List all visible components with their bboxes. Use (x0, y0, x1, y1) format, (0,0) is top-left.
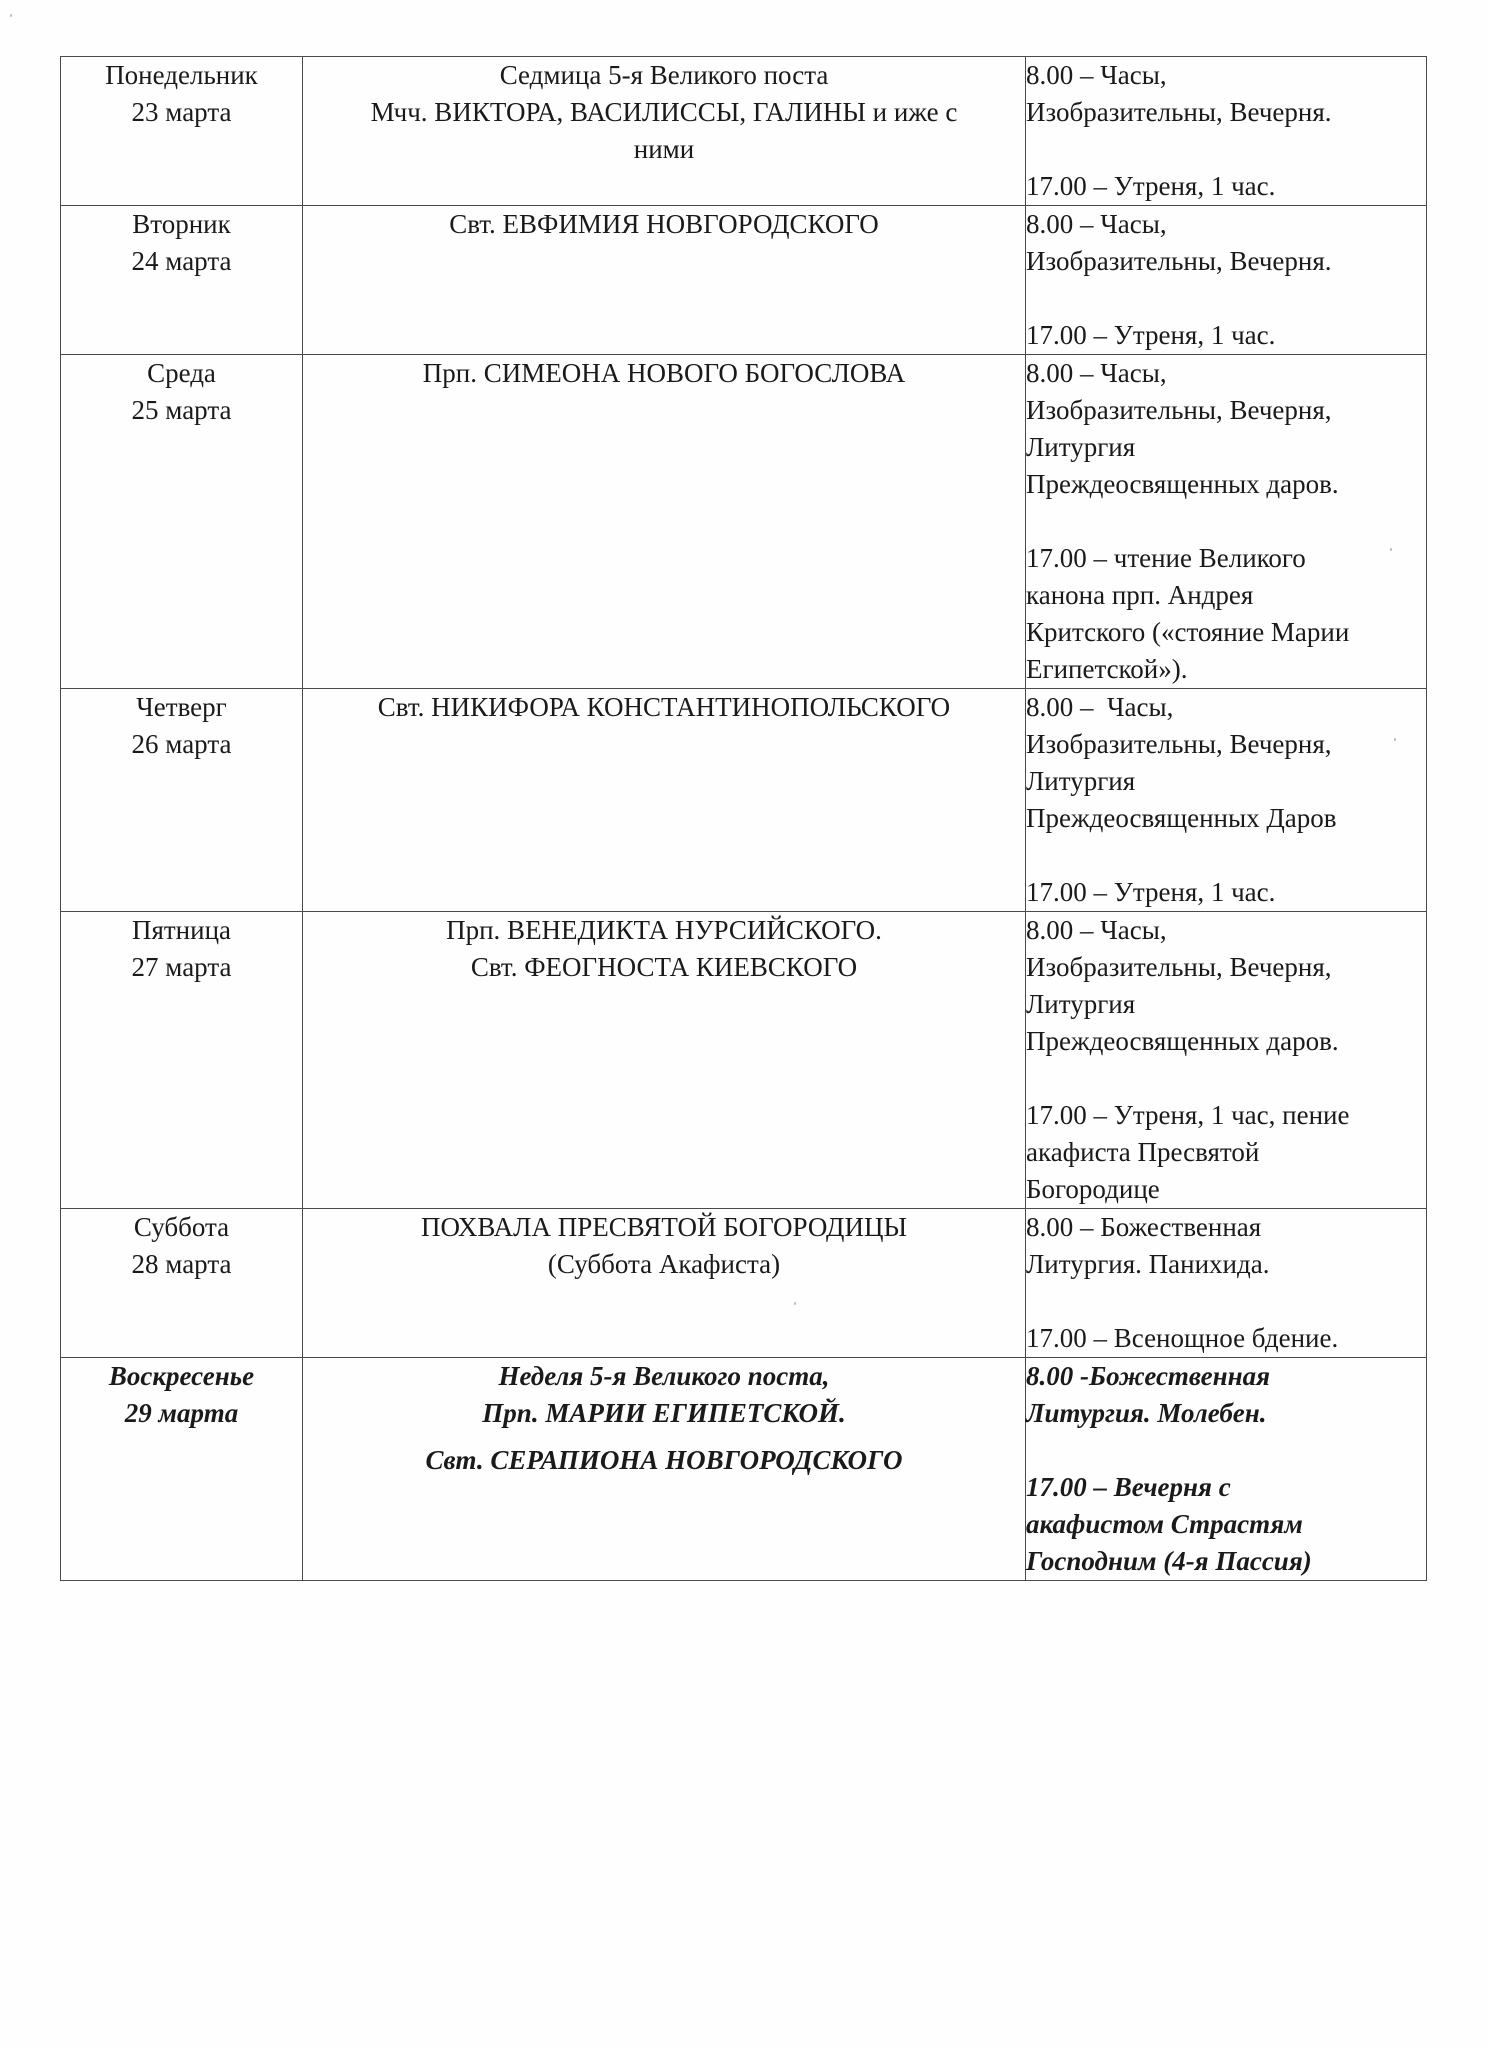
weekday: Понедельник (61, 57, 302, 94)
service-line: 17.00 – Утреня, 1 час. (1026, 317, 1426, 354)
services-cell: 8.00 – Божественная Литургия. Панихида. … (1026, 1209, 1427, 1358)
service-line: Изобразительны, Вечерня, (1026, 726, 1426, 763)
service-line: Изобразительны, Вечерня, (1026, 392, 1426, 429)
date: 28 марта (61, 1246, 302, 1283)
day-cell: Пятница 27 марта (61, 912, 303, 1209)
table-row: Пятница 27 марта Прп. ВЕНЕДИКТА НУРСИЙСК… (61, 912, 1427, 1209)
service-line: акафиста Пресвятой (1026, 1134, 1426, 1171)
table-row: Суббота 28 марта ПОХВАЛА ПРЕСВЯТОЙ БОГОР… (61, 1209, 1427, 1358)
table-row: Среда 25 марта Прп. СИМЕОНА НОВОГО БОГОС… (61, 355, 1427, 689)
date: 27 марта (61, 949, 302, 986)
feast-cell: Свт. НИКИФОРА КОНСТАНТИНОПОЛЬСКОГО (303, 689, 1026, 912)
feast-cell: Свт. ЕВФИМИЯ НОВГОРОДСКОГО (303, 206, 1026, 355)
service-line: Литургия (1026, 763, 1426, 800)
service-line: 17.00 – Утреня, 1 час. (1026, 874, 1426, 911)
service-line: Египетской»). (1026, 651, 1426, 688)
feast-line: Свт. ЕВФИМИЯ НОВГОРОДСКОГО (303, 206, 1025, 243)
weekday: Вторник (61, 206, 302, 243)
service-line: канона прп. Андрея (1026, 577, 1426, 614)
schedule-table: Понедельник 23 марта Седмица 5-я Великог… (60, 56, 1427, 1581)
service-line: 8.00 – Часы, (1026, 57, 1426, 94)
service-line: Изобразительны, Вечерня. (1026, 243, 1426, 280)
service-line: Преждеосвященных Даров (1026, 800, 1426, 837)
feast-line: Прп. МАРИИ ЕГИПЕТСКОЙ. (303, 1395, 1025, 1432)
feast-line: Мчч. ВИКТОРА, ВАСИЛИССЫ, ГАЛИНЫ и иже с (303, 94, 1025, 131)
service-line: 8.00 – Часы, (1026, 355, 1426, 392)
scan-speck (1394, 738, 1396, 741)
service-line: 17.00 – Утреня, 1 час, пение (1026, 1097, 1426, 1134)
feast-cell: Прп. СИМЕОНА НОВОГО БОГОСЛОВА (303, 355, 1026, 689)
service-line: Преждеосвященных даров. (1026, 1023, 1426, 1060)
scan-speck (10, 14, 12, 17)
service-line: 8.00 – Часы, (1026, 912, 1426, 949)
scanned-page: Понедельник 23 марта Седмица 5-я Великог… (0, 0, 1489, 2048)
spacer (1026, 131, 1426, 168)
feast-cell: Неделя 5-я Великого поста, Прп. МАРИИ ЕГ… (303, 1358, 1026, 1581)
scan-speck (794, 1302, 796, 1305)
service-line: 17.00 – чтение Великого (1026, 540, 1426, 577)
feast-line: Седмица 5-я Великого поста (303, 57, 1025, 94)
feast-line: ПОХВАЛА ПРЕСВЯТОЙ БОГОРОДИЦЫ (303, 1209, 1025, 1246)
weekday: Воскресенье (61, 1358, 302, 1395)
service-line: 8.00 – Часы, (1026, 689, 1426, 726)
service-line: 8.00 – Божественная (1026, 1209, 1426, 1246)
feast-line: (Суббота Акафиста) (303, 1246, 1025, 1283)
service-line: 17.00 – Всенощное бдение. (1026, 1320, 1426, 1357)
service-line: Изобразительны, Вечерня, (1026, 949, 1426, 986)
services-cell: 8.00 – Часы, Изобразительны, Вечерня, Ли… (1026, 912, 1427, 1209)
service-line: 17.00 – Утреня, 1 час. (1026, 168, 1426, 205)
spacer (1026, 837, 1426, 874)
feast-line: Свт. НИКИФОРА КОНСТАНТИНОПОЛЬСКОГО (303, 689, 1025, 726)
service-line: Литургия. Молебен. (1026, 1395, 1426, 1432)
date: 25 марта (61, 392, 302, 429)
service-line: Литургия. Панихида. (1026, 1246, 1426, 1283)
spacer (1026, 503, 1426, 540)
feast-line: Неделя 5-я Великого поста, (303, 1358, 1025, 1395)
table-row-sunday: Воскресенье 29 марта Неделя 5-я Великого… (61, 1358, 1427, 1581)
feast-line: Прп. СИМЕОНА НОВОГО БОГОСЛОВА (303, 355, 1025, 392)
services-cell: 8.00 – Часы, Изобразительны, Вечерня. 17… (1026, 206, 1427, 355)
spacer (1026, 1283, 1426, 1320)
feast-line: Свт. ФЕОГНОСТА КИЕВСКОГО (303, 949, 1025, 986)
services-cell: 8.00 – Часы, Изобразительны, Вечерня. 17… (1026, 57, 1427, 206)
service-line: Изобразительны, Вечерня. (1026, 94, 1426, 131)
day-cell: Среда 25 марта (61, 355, 303, 689)
service-line: Литургия (1026, 986, 1426, 1023)
feast-cell: Седмица 5-я Великого поста Мчч. ВИКТОРА,… (303, 57, 1026, 206)
day-cell: Суббота 28 марта (61, 1209, 303, 1358)
service-line: 8.00 -Божественная (1026, 1358, 1426, 1395)
weekday: Среда (61, 355, 302, 392)
table-row: Понедельник 23 марта Седмица 5-я Великог… (61, 57, 1427, 206)
service-line: Критского («стояние Марии (1026, 614, 1426, 651)
services-cell: 8.00 – Часы, Изобразительны, Вечерня, Ли… (1026, 689, 1427, 912)
feast-line: ними (303, 131, 1025, 168)
service-line: акафистом Страстям (1026, 1506, 1426, 1543)
scan-speck (1390, 548, 1392, 551)
service-line: Литургия (1026, 429, 1426, 466)
weekday: Четверг (61, 689, 302, 726)
date: 29 марта (61, 1395, 302, 1432)
service-line: Господним (4-я Пассия) (1026, 1543, 1426, 1580)
service-line: 17.00 – Вечерня с (1026, 1469, 1426, 1506)
feast-cell: ПОХВАЛА ПРЕСВЯТОЙ БОГОРОДИЦЫ (Суббота Ак… (303, 1209, 1026, 1358)
weekday: Пятница (61, 912, 302, 949)
day-cell: Понедельник 23 марта (61, 57, 303, 206)
date: 23 марта (61, 94, 302, 131)
service-line: Богородице (1026, 1171, 1426, 1208)
feast-line: Прп. ВЕНЕДИКТА НУРСИЙСКОГО. (303, 912, 1025, 949)
services-cell: 8.00 – Часы, Изобразительны, Вечерня, Ли… (1026, 355, 1427, 689)
date: 26 марта (61, 726, 302, 763)
spacer (1026, 280, 1426, 317)
spacer (1026, 1060, 1426, 1097)
spacer (1026, 1432, 1426, 1469)
service-line: Преждеосвященных даров. (1026, 466, 1426, 503)
date: 24 марта (61, 243, 302, 280)
day-cell: Четверг 26 марта (61, 689, 303, 912)
spacer (303, 1432, 1025, 1442)
feast-cell: Прп. ВЕНЕДИКТА НУРСИЙСКОГО. Свт. ФЕОГНОС… (303, 912, 1026, 1209)
day-cell: Вторник 24 марта (61, 206, 303, 355)
table-row: Вторник 24 марта Свт. ЕВФИМИЯ НОВГОРОДСК… (61, 206, 1427, 355)
weekday: Суббота (61, 1209, 302, 1246)
feast-line: Свт. СЕРАПИОНА НОВГОРОДСКОГО (303, 1442, 1025, 1479)
services-cell: 8.00 -Божественная Литургия. Молебен. 17… (1026, 1358, 1427, 1581)
day-cell: Воскресенье 29 марта (61, 1358, 303, 1581)
table-row: Четверг 26 марта Свт. НИКИФОРА КОНСТАНТИ… (61, 689, 1427, 912)
service-line: 8.00 – Часы, (1026, 206, 1426, 243)
